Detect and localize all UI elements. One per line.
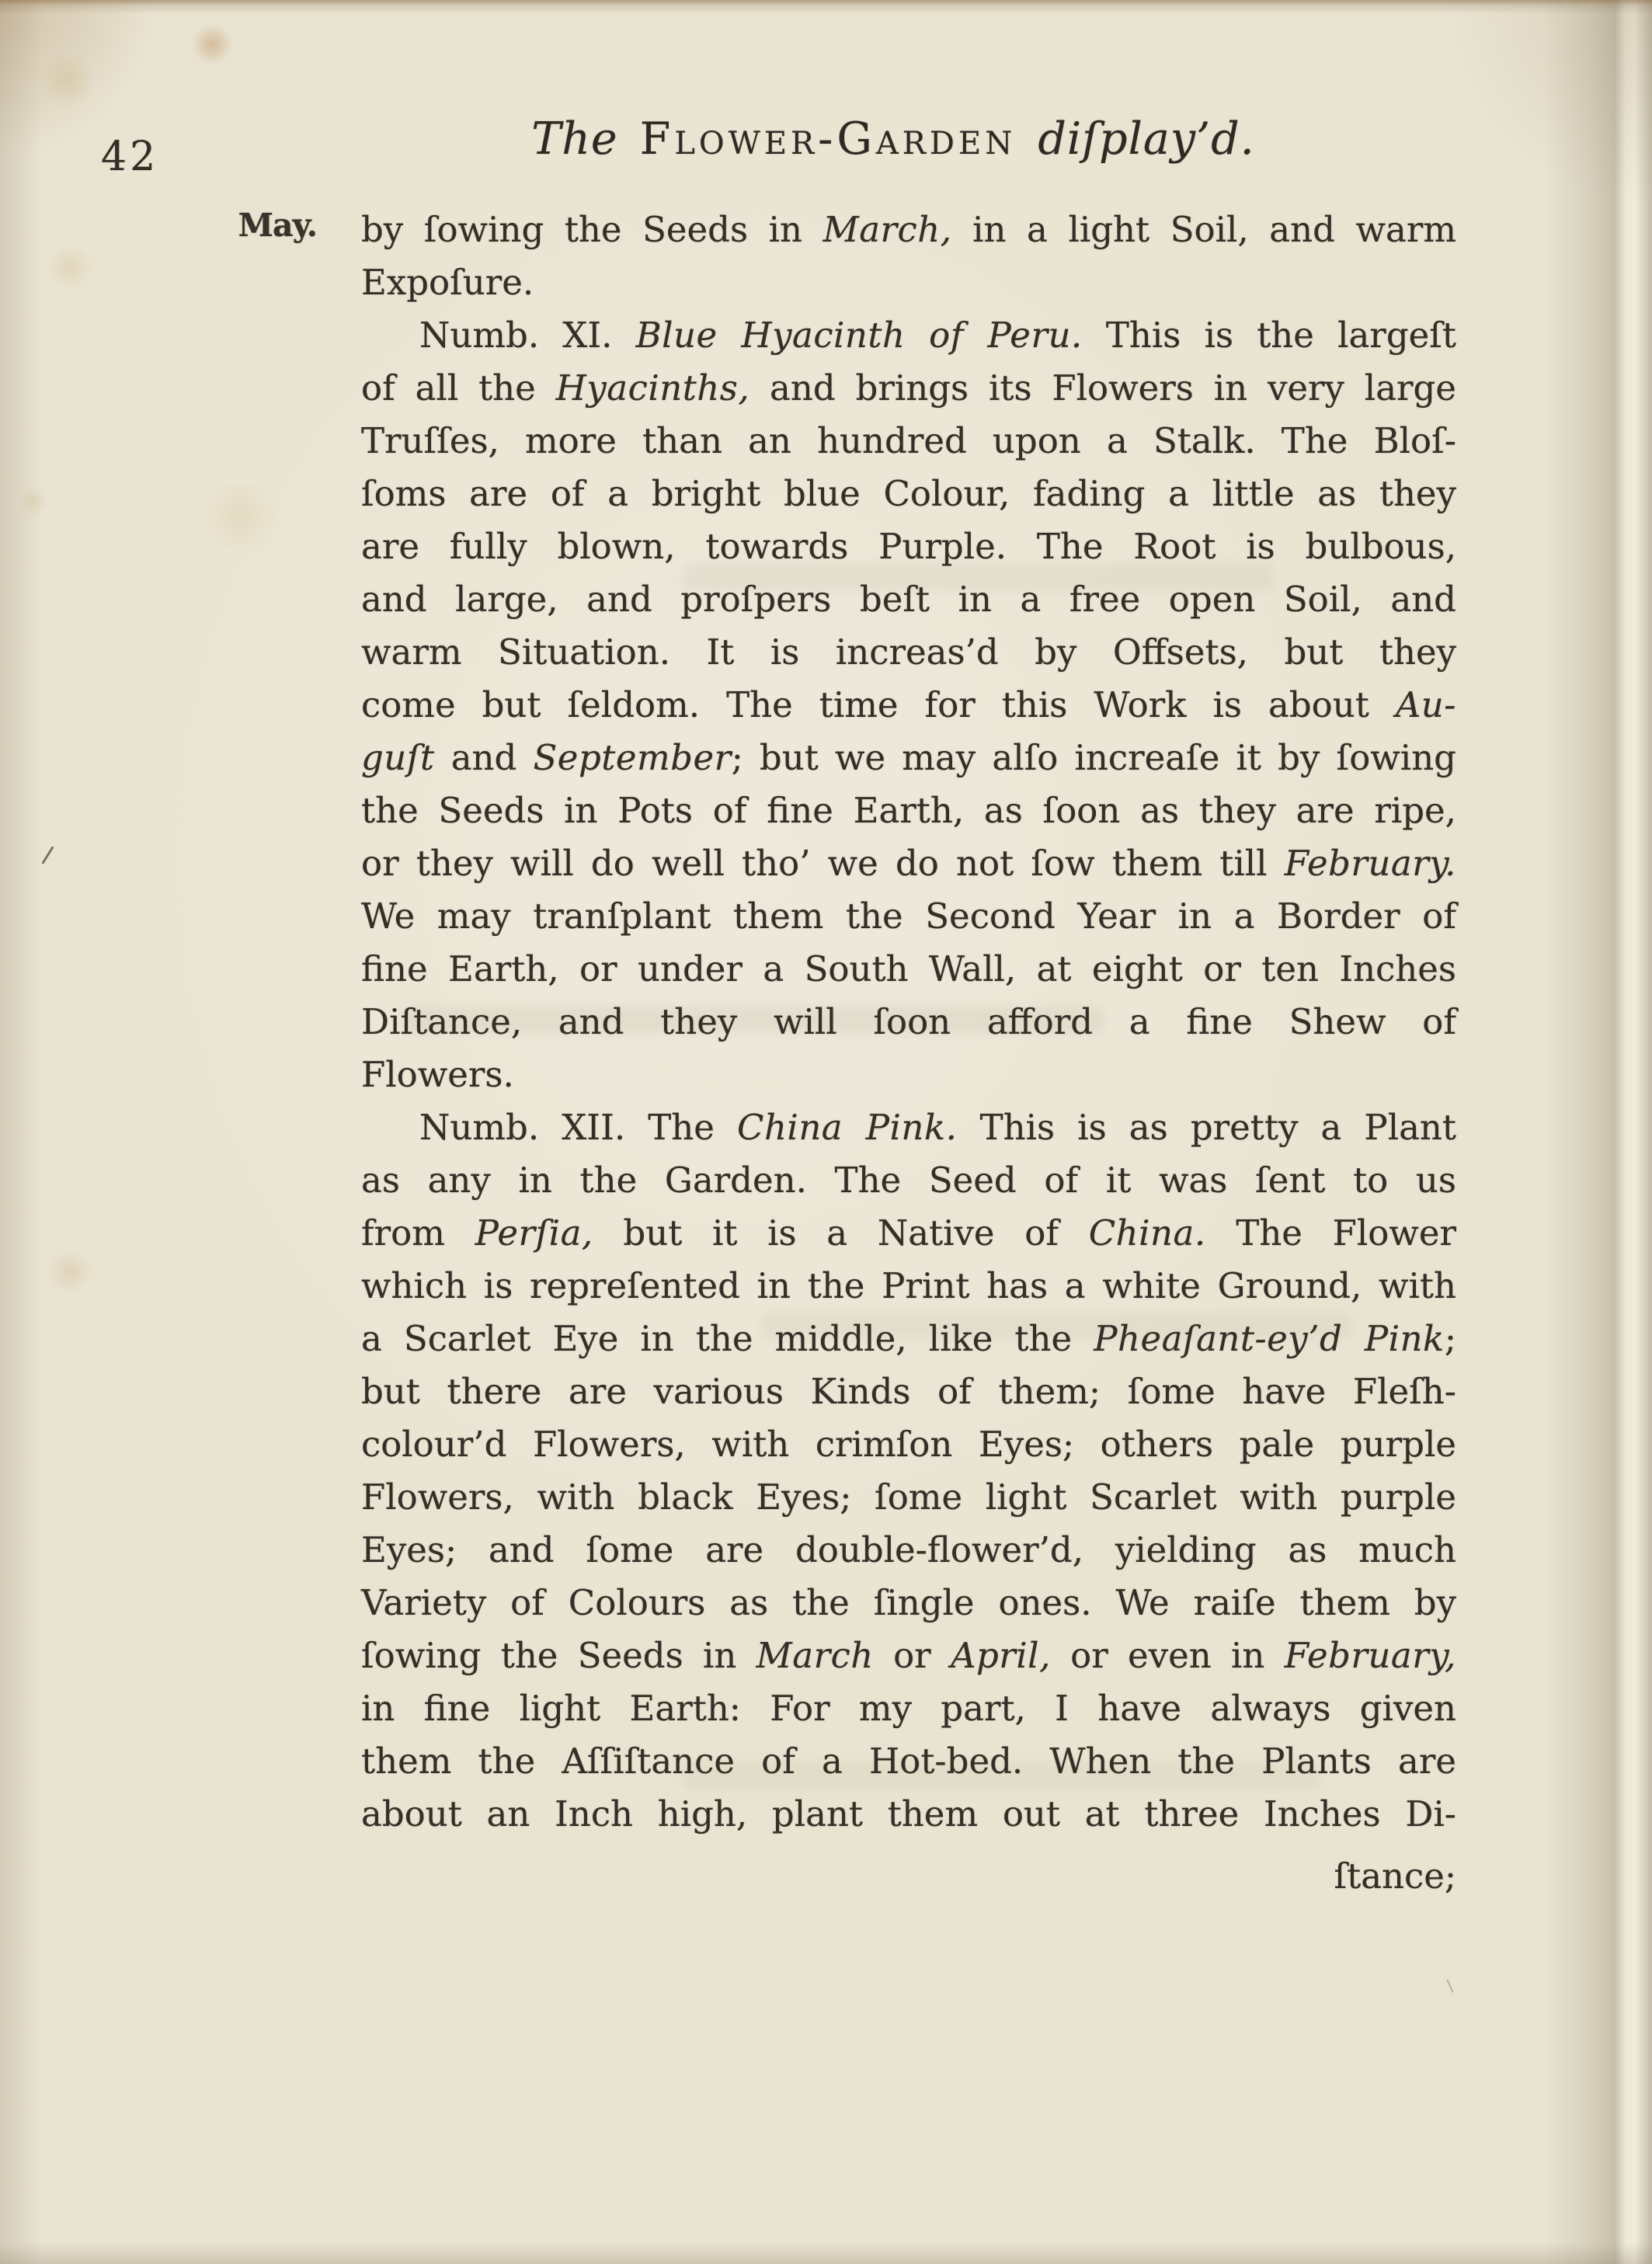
page-number: 42	[101, 134, 158, 180]
text-line: as any in the Garden. The Seed of it was…	[361, 1154, 1456, 1207]
text-line: or they will do well tho’ we do not ſow …	[361, 837, 1456, 890]
foxing-spot	[45, 245, 95, 290]
body-text: by ſowing the Seeds in March, in a light…	[361, 203, 1456, 1841]
text-line: Flowers, with black Eyes; ſome light Sca…	[361, 1471, 1456, 1524]
text-line: from Perſia, but it is a Native of China…	[361, 1207, 1456, 1260]
text-line: warm Situation. It is increas’d by Offse…	[361, 626, 1456, 679]
text-line: in fine light Earth: For my part, I have…	[361, 1682, 1456, 1735]
text-line: Numb. XII. The China Pink. This is as pr…	[361, 1101, 1456, 1154]
text-line: the Seeds in Pots of fine Earth, as ſoon…	[361, 784, 1456, 837]
ink-mark	[1446, 1979, 1453, 1992]
text-line: colour’d Flowers, with crimſon Eyes; oth…	[361, 1418, 1456, 1471]
text-line: but there are various Kinds of them; ſom…	[361, 1365, 1456, 1418]
header-lead: The	[531, 113, 617, 165]
text-line: Eyes; and ſome are double-flower’d, yiel…	[361, 1524, 1456, 1577]
text-line: Expoſure.	[361, 256, 1456, 309]
foxing-spot	[47, 1250, 93, 1293]
text-line: a Scarlet Eye in the middle, like the Ph…	[361, 1313, 1456, 1365]
text-line: them the Aſſiſtance of a Hot-bed. When t…	[361, 1735, 1456, 1788]
text-line: guſt and September; but we may alſo incr…	[361, 732, 1456, 784]
text-line: Truſſes, more than an hundred upon a Sta…	[361, 415, 1456, 468]
text-line: about an Inch high, plant them out at th…	[361, 1788, 1456, 1841]
text-line: ſoms are of a bright blue Colour, fading…	[361, 468, 1456, 520]
text-line: by ſowing the Seeds in March, in a light…	[361, 203, 1456, 256]
text-line: are fully blown, towards Purple. The Roo…	[361, 520, 1456, 573]
foxing-spot	[37, 53, 96, 107]
text-line: and large, and proſpers beſt in a free o…	[361, 573, 1456, 626]
foxing-spot	[190, 25, 235, 64]
margin-note-month: May.	[186, 207, 317, 244]
header-tail: diſplay’d.	[1038, 113, 1254, 165]
catchword: ſtance;	[361, 1850, 1456, 1903]
text-line: We may tranſplant them the Second Year i…	[361, 890, 1456, 943]
foxing-spot	[198, 482, 283, 551]
header-title: Flower-Garden	[632, 113, 1024, 165]
book-page: 42 The Flower-Garden diſplay’d. May. by …	[0, 0, 1652, 2264]
text-line: fine Earth, or under a South Wall, at ei…	[361, 943, 1456, 996]
running-header: The Flower-Garden diſplay’d.	[365, 113, 1421, 165]
ink-mark	[41, 846, 54, 864]
text-line: of all the Hyacinths, and brings its Flo…	[361, 362, 1456, 415]
foxing-spot	[17, 488, 48, 516]
text-line: Numb. XI. Blue Hyacinth of Peru. This is…	[361, 309, 1456, 362]
text-line: which is repreſented in the Print has a …	[361, 1260, 1456, 1313]
text-line: Diſtance, and they will ſoon afford a fi…	[361, 996, 1456, 1049]
text-line: come but ſeldom. The time for this Work …	[361, 679, 1456, 732]
text-line: Flowers.	[361, 1049, 1456, 1101]
text-line: Variety of Colours as the ſingle ones. W…	[361, 1577, 1456, 1629]
text-line: ſowing the Seeds in March or April, or e…	[361, 1629, 1456, 1682]
